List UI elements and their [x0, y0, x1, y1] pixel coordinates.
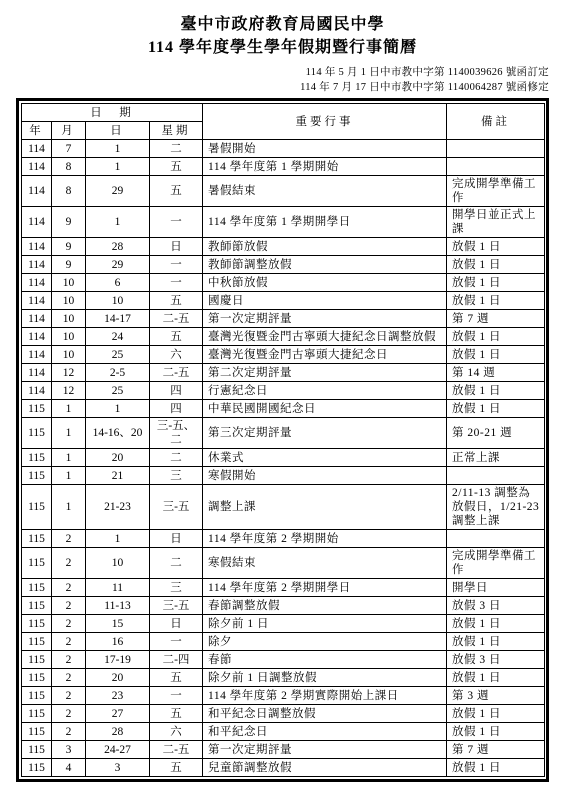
header-row-group: 日 期 重要行事 備註 [22, 104, 545, 122]
year-cell: 115 [22, 669, 52, 687]
year-cell: 114 [22, 292, 52, 310]
table-row: 114106一中秋節放假放假 1 日 [22, 274, 545, 292]
table-row: 115121三寒假開始 [22, 467, 545, 485]
weekday-cell: 四 [150, 400, 203, 418]
table-row: 115121-23三-五調整上課2/11-13 調整為放假日，1/21-23 調… [22, 485, 545, 530]
event-cell: 第一次定期評量 [203, 741, 447, 759]
weekday-cell: 五 [150, 176, 203, 207]
note-cell [447, 467, 545, 485]
note-cell: 放假 3 日 [447, 651, 545, 669]
day-cell: 23 [86, 687, 150, 705]
month-cell: 7 [52, 140, 86, 158]
title-line2: 114 學年度學生學年假期暨行事簡曆 [0, 36, 565, 59]
year-cell: 115 [22, 615, 52, 633]
header-weekday: 星期 [150, 122, 203, 140]
year-cell: 115 [22, 759, 52, 777]
weekday-cell: 六 [150, 346, 203, 364]
ref-line-amended: 114 年 7 月 17 日中市教中字第 1140064287 號函修定 [0, 80, 549, 95]
header-date-group: 日 期 [22, 104, 203, 122]
month-cell: 2 [52, 633, 86, 651]
month-cell: 2 [52, 615, 86, 633]
event-cell: 行憲紀念日 [203, 382, 447, 400]
day-cell: 3 [86, 759, 150, 777]
note-cell: 完成開學準備工作 [447, 176, 545, 207]
note-cell: 開學日 [447, 579, 545, 597]
table-row: 115211-13三-五春節調整放假放假 3 日 [22, 597, 545, 615]
weekday-cell: 一 [150, 633, 203, 651]
day-cell: 1 [86, 140, 150, 158]
event-cell: 中華民國開國紀念日 [203, 400, 447, 418]
month-cell: 4 [52, 759, 86, 777]
table-row: 115120二休業式正常上課 [22, 449, 545, 467]
day-cell: 1 [86, 158, 150, 176]
table-row: 11511四中華民國開國紀念日放假 1 日 [22, 400, 545, 418]
note-cell: 放假 1 日 [447, 705, 545, 723]
event-cell: 除夕前 1 日調整放假 [203, 669, 447, 687]
day-cell: 10 [86, 548, 150, 579]
month-cell: 2 [52, 548, 86, 579]
note-cell [447, 530, 545, 548]
year-cell: 114 [22, 346, 52, 364]
title-line1: 臺中市政府教育局國民中學 [0, 13, 565, 36]
month-cell: 10 [52, 292, 86, 310]
day-cell: 1 [86, 530, 150, 548]
event-cell: 和平紀念日調整放假 [203, 705, 447, 723]
year-cell: 115 [22, 418, 52, 449]
weekday-cell: 五 [150, 328, 203, 346]
event-cell: 第三次定期評量 [203, 418, 447, 449]
day-cell: 10 [86, 292, 150, 310]
table-row: 115324-27二-五第一次定期評量第 7 週 [22, 741, 545, 759]
event-cell: 春節調整放假 [203, 597, 447, 615]
event-cell: 臺灣光復暨金門古寧頭大捷紀念日調整放假 [203, 328, 447, 346]
weekday-cell: 二-五 [150, 741, 203, 759]
header-note: 備註 [447, 104, 545, 140]
day-cell: 14-16、20 [86, 418, 150, 449]
month-cell: 10 [52, 328, 86, 346]
table-row: 11481五114 學年度第 1 學期開始 [22, 158, 545, 176]
weekday-cell: 二-五 [150, 310, 203, 328]
calendar-table-frame: 日 期 重要行事 備註 年 月 日 星期 11471二暑假開始11481五114… [16, 98, 549, 782]
calendar-table: 日 期 重要行事 備註 年 月 日 星期 11471二暑假開始11481五114… [21, 103, 545, 777]
event-cell: 寒假開始 [203, 467, 447, 485]
year-cell: 114 [22, 310, 52, 328]
month-cell: 1 [52, 418, 86, 449]
note-cell: 放假 1 日 [447, 633, 545, 651]
month-cell: 1 [52, 449, 86, 467]
weekday-cell: 五 [150, 292, 203, 310]
table-row: 11471二暑假開始 [22, 140, 545, 158]
note-cell: 放假 1 日 [447, 292, 545, 310]
day-cell: 21-23 [86, 485, 150, 530]
month-cell: 3 [52, 741, 86, 759]
note-cell: 放假 1 日 [447, 256, 545, 274]
weekday-cell: 二 [150, 449, 203, 467]
weekday-cell: 日 [150, 238, 203, 256]
table-row: 1141024五臺灣光復暨金門古寧頭大捷紀念日調整放假放假 1 日 [22, 328, 545, 346]
event-cell: 寒假結束 [203, 548, 447, 579]
event-cell: 114 學年度第 1 學期開學日 [203, 207, 447, 238]
year-cell: 115 [22, 705, 52, 723]
day-cell: 24-27 [86, 741, 150, 759]
table-row: 114829五暑假結束完成開學準備工作 [22, 176, 545, 207]
note-cell [447, 158, 545, 176]
document-title: 臺中市政府教育局國民中學 114 學年度學生學年假期暨行事簡曆 [0, 13, 565, 59]
weekday-cell: 五 [150, 759, 203, 777]
weekday-cell: 五 [150, 158, 203, 176]
month-cell: 2 [52, 705, 86, 723]
table-row: 11521日114 學年度第 2 學期開始 [22, 530, 545, 548]
table-row: 11491一114 學年度第 1 學期開學日開學日並正式上課 [22, 207, 545, 238]
event-cell: 教師節調整放假 [203, 256, 447, 274]
event-cell: 調整上課 [203, 485, 447, 530]
note-cell: 放假 1 日 [447, 669, 545, 687]
event-cell: 除夕 [203, 633, 447, 651]
weekday-cell: 一 [150, 274, 203, 292]
month-cell: 2 [52, 723, 86, 741]
day-cell: 16 [86, 633, 150, 651]
day-cell: 29 [86, 256, 150, 274]
weekday-cell: 二-五 [150, 364, 203, 382]
day-cell: 27 [86, 705, 150, 723]
event-cell: 教師節放假 [203, 238, 447, 256]
year-cell: 115 [22, 485, 52, 530]
month-cell: 1 [52, 400, 86, 418]
note-cell: 第 14 週 [447, 364, 545, 382]
month-cell: 10 [52, 346, 86, 364]
day-cell: 1 [86, 400, 150, 418]
year-cell: 114 [22, 328, 52, 346]
year-cell: 114 [22, 256, 52, 274]
event-cell: 國慶日 [203, 292, 447, 310]
table-row: 1141025六臺灣光復暨金門古寧頭大捷紀念日放假 1 日 [22, 346, 545, 364]
weekday-cell: 日 [150, 530, 203, 548]
day-cell: 11-13 [86, 597, 150, 615]
table-row: 115223一114 學年度第 2 學期實際開始上課日第 3 週 [22, 687, 545, 705]
day-cell: 1 [86, 207, 150, 238]
day-cell: 25 [86, 346, 150, 364]
year-cell: 115 [22, 687, 52, 705]
month-cell: 2 [52, 530, 86, 548]
event-cell: 114 學年度第 1 學期開始 [203, 158, 447, 176]
ref-line-enacted: 114 年 5 月 1 日中市教中字第 1140039626 號函訂定 [0, 65, 549, 80]
event-cell: 中秋節放假 [203, 274, 447, 292]
day-cell: 11 [86, 579, 150, 597]
year-cell: 114 [22, 274, 52, 292]
page: 臺中市政府教育局國民中學 114 學年度學生學年假期暨行事簡曆 114 年 5 … [0, 0, 565, 800]
note-cell: 第 20-21 週 [447, 418, 545, 449]
day-cell: 17-19 [86, 651, 150, 669]
table-row: 1141010五國慶日放假 1 日 [22, 292, 545, 310]
year-cell: 114 [22, 238, 52, 256]
table-row: 114929一教師節調整放假放假 1 日 [22, 256, 545, 274]
weekday-cell: 日 [150, 615, 203, 633]
event-cell: 114 學年度第 2 學期開始 [203, 530, 447, 548]
day-cell: 29 [86, 176, 150, 207]
note-cell: 放假 1 日 [447, 759, 545, 777]
day-cell: 21 [86, 467, 150, 485]
year-cell: 115 [22, 633, 52, 651]
note-cell [447, 140, 545, 158]
event-cell: 除夕前 1 日 [203, 615, 447, 633]
note-cell: 放假 3 日 [447, 597, 545, 615]
event-cell: 臺灣光復暨金門古寧頭大捷紀念日 [203, 346, 447, 364]
day-cell: 25 [86, 382, 150, 400]
year-cell: 115 [22, 723, 52, 741]
table-row: 11543五兒童節調整放假放假 1 日 [22, 759, 545, 777]
month-cell: 8 [52, 158, 86, 176]
month-cell: 1 [52, 485, 86, 530]
event-cell: 休業式 [203, 449, 447, 467]
day-cell: 14-17 [86, 310, 150, 328]
table-row: 115220五除夕前 1 日調整放假放假 1 日 [22, 669, 545, 687]
weekday-cell: 三 [150, 579, 203, 597]
weekday-cell: 一 [150, 256, 203, 274]
day-cell: 28 [86, 723, 150, 741]
month-cell: 12 [52, 364, 86, 382]
year-cell: 114 [22, 158, 52, 176]
note-cell: 第 7 週 [447, 310, 545, 328]
year-cell: 115 [22, 579, 52, 597]
weekday-cell: 四 [150, 382, 203, 400]
day-cell: 15 [86, 615, 150, 633]
note-cell: 放假 1 日 [447, 238, 545, 256]
event-cell: 第一次定期評量 [203, 310, 447, 328]
table-row: 115211三114 學年度第 2 學期開學日開學日 [22, 579, 545, 597]
year-cell: 114 [22, 176, 52, 207]
table-row: 1141225四行憲紀念日放假 1 日 [22, 382, 545, 400]
year-cell: 115 [22, 597, 52, 615]
year-cell: 115 [22, 530, 52, 548]
day-cell: 20 [86, 449, 150, 467]
table-row: 115114-16、20三-五、二第三次定期評量第 20-21 週 [22, 418, 545, 449]
day-cell: 20 [86, 669, 150, 687]
note-cell: 放假 1 日 [447, 723, 545, 741]
weekday-cell: 五 [150, 669, 203, 687]
calendar-table-header: 日 期 重要行事 備註 年 月 日 星期 [22, 104, 545, 140]
table-row: 115210二寒假結束完成開學準備工作 [22, 548, 545, 579]
month-cell: 10 [52, 274, 86, 292]
event-cell: 春節 [203, 651, 447, 669]
header-day: 日 [86, 122, 150, 140]
year-cell: 115 [22, 467, 52, 485]
year-cell: 114 [22, 140, 52, 158]
event-cell: 兒童節調整放假 [203, 759, 447, 777]
note-cell: 放假 1 日 [447, 274, 545, 292]
month-cell: 2 [52, 597, 86, 615]
weekday-cell: 六 [150, 723, 203, 741]
note-cell: 第 3 週 [447, 687, 545, 705]
month-cell: 2 [52, 669, 86, 687]
month-cell: 9 [52, 238, 86, 256]
month-cell: 9 [52, 256, 86, 274]
calendar-table-body: 11471二暑假開始11481五114 學年度第 1 學期開始114829五暑假… [22, 140, 545, 777]
table-row: 115216一除夕放假 1 日 [22, 633, 545, 651]
note-cell: 2/11-13 調整為放假日，1/21-23 調整上課 [447, 485, 545, 530]
event-cell: 暑假開始 [203, 140, 447, 158]
header-month: 月 [52, 122, 86, 140]
year-cell: 115 [22, 548, 52, 579]
month-cell: 9 [52, 207, 86, 238]
note-cell: 第 7 週 [447, 741, 545, 759]
note-cell: 放假 1 日 [447, 328, 545, 346]
year-cell: 115 [22, 651, 52, 669]
month-cell: 2 [52, 579, 86, 597]
header-year: 年 [22, 122, 52, 140]
year-cell: 115 [22, 449, 52, 467]
day-cell: 24 [86, 328, 150, 346]
weekday-cell: 三-五 [150, 597, 203, 615]
month-cell: 2 [52, 687, 86, 705]
note-cell: 放假 1 日 [447, 382, 545, 400]
table-row: 114928日教師節放假放假 1 日 [22, 238, 545, 256]
note-cell: 開學日並正式上課 [447, 207, 545, 238]
month-cell: 12 [52, 382, 86, 400]
table-row: 114122-5二-五第二次定期評量第 14 週 [22, 364, 545, 382]
header-event: 重要行事 [203, 104, 447, 140]
month-cell: 8 [52, 176, 86, 207]
weekday-cell: 二-四 [150, 651, 203, 669]
table-row: 115228六和平紀念日放假 1 日 [22, 723, 545, 741]
day-cell: 2-5 [86, 364, 150, 382]
event-cell: 114 學年度第 2 學期開學日 [203, 579, 447, 597]
month-cell: 10 [52, 310, 86, 328]
note-cell: 放假 1 日 [447, 615, 545, 633]
event-cell: 暑假結束 [203, 176, 447, 207]
table-row: 115227五和平紀念日調整放假放假 1 日 [22, 705, 545, 723]
year-cell: 115 [22, 741, 52, 759]
day-cell: 6 [86, 274, 150, 292]
month-cell: 1 [52, 467, 86, 485]
event-cell: 和平紀念日 [203, 723, 447, 741]
year-cell: 114 [22, 382, 52, 400]
note-cell: 正常上課 [447, 449, 545, 467]
weekday-cell: 一 [150, 207, 203, 238]
event-cell: 第二次定期評量 [203, 364, 447, 382]
weekday-cell: 二 [150, 548, 203, 579]
year-cell: 115 [22, 400, 52, 418]
year-cell: 114 [22, 364, 52, 382]
weekday-cell: 五 [150, 705, 203, 723]
year-cell: 114 [22, 207, 52, 238]
weekday-cell: 三 [150, 467, 203, 485]
event-cell: 114 學年度第 2 學期實際開始上課日 [203, 687, 447, 705]
note-cell: 放假 1 日 [447, 346, 545, 364]
document-references: 114 年 5 月 1 日中市教中字第 1140039626 號函訂定 114 … [0, 65, 549, 95]
table-row: 115217-19二-四春節放假 3 日 [22, 651, 545, 669]
weekday-cell: 三-五 [150, 485, 203, 530]
weekday-cell: 三-五、二 [150, 418, 203, 449]
table-row: 115215日除夕前 1 日放假 1 日 [22, 615, 545, 633]
note-cell: 完成開學準備工作 [447, 548, 545, 579]
day-cell: 28 [86, 238, 150, 256]
weekday-cell: 一 [150, 687, 203, 705]
weekday-cell: 二 [150, 140, 203, 158]
note-cell: 放假 1 日 [447, 400, 545, 418]
month-cell: 2 [52, 651, 86, 669]
table-row: 1141014-17二-五第一次定期評量第 7 週 [22, 310, 545, 328]
